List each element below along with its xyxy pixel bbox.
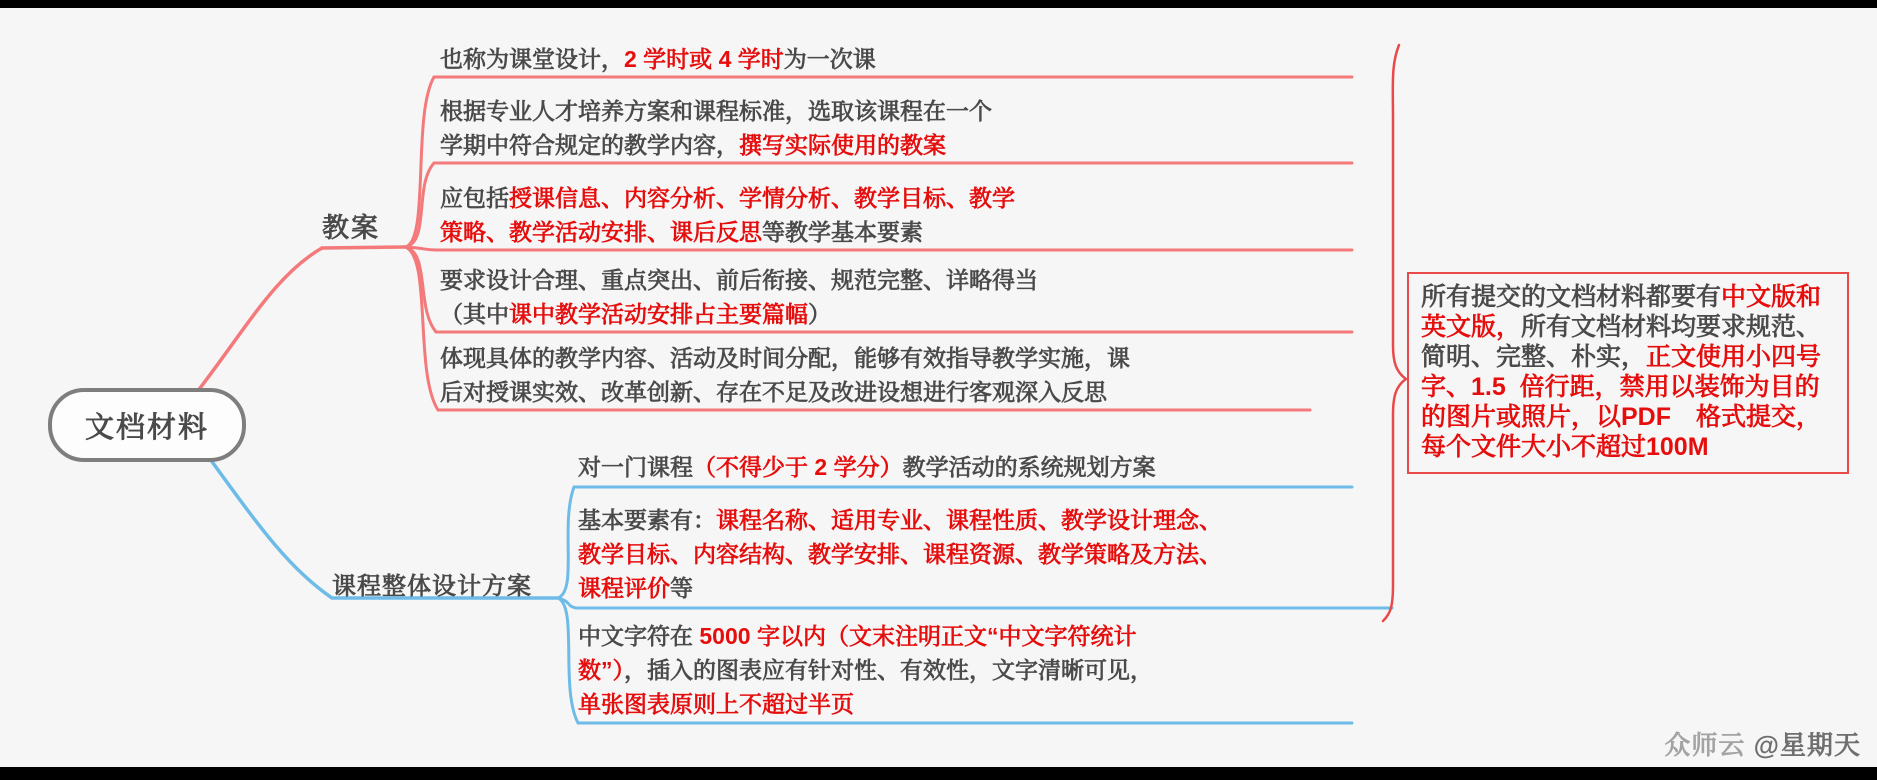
branch1-item-4[interactable]: 要求设计合理、重点突出、前后衔接、规范完整、详略得当（其中课中教学活动安排占主要…: [440, 263, 1038, 331]
topic-text-line: （其中课中教学活动安排占主要篇幅）: [440, 297, 1038, 331]
branch1-item-3[interactable]: 应包括授课信息、内容分析、学情分析、教学目标、教学策略、教学活动安排、课后反思等…: [440, 181, 1015, 249]
topic-text-line: 体现具体的教学内容、活动及时间分配，能够有效指导教学实施，课: [440, 341, 1130, 375]
watermark-brand: 众师云: [1664, 730, 1753, 760]
topic-text-line: 英文版，所有文档材料均要求规范、: [1421, 312, 1835, 342]
connector-root-branch1: [197, 248, 322, 392]
branch1-item-5[interactable]: 体现具体的教学内容、活动及时间分配，能够有效指导教学实施，课后对授课实效、改革创…: [440, 341, 1130, 409]
mindmap-canvas: 文档材料 教案 课程整体设计方案 也称为课堂设计，2 学时或 4 学时为一次课 …: [0, 0, 1877, 780]
letterbox-bottom: [0, 767, 1877, 780]
topic-text-line: 每个文件大小不超过100M: [1421, 432, 1835, 462]
topic-text-line: 基本要素有：课程名称、适用专业、课程性质、教学设计理念、: [578, 503, 1222, 537]
root-topic[interactable]: 文档材料: [48, 388, 246, 462]
topic-text-line: 后对授课实效、改革创新、存在不足及改进设想进行客观深入反思: [440, 375, 1130, 409]
topic-text-line: 也称为课堂设计，2 学时或 4 学时为一次课: [440, 42, 876, 76]
topic-text-line: 应包括授课信息、内容分析、学情分析、教学目标、教学: [440, 181, 1015, 215]
branch2-item-2[interactable]: 基本要素有：课程名称、适用专业、课程性质、教学设计理念、教学目标、内容结构、教学…: [578, 503, 1222, 605]
topic-text-line: 学期中符合规定的教学内容，撰写实际使用的教案: [440, 128, 992, 162]
topic-text-line: 策略、教学活动安排、课后反思等教学基本要素: [440, 215, 1015, 249]
summary-brace: [1383, 45, 1406, 621]
branch1-item-2[interactable]: 根据专业人才培养方案和课程标准，选取该课程在一个学期中符合规定的教学内容，撰写实…: [440, 94, 992, 162]
topic-text-line: 单张图表原则上不超过半页: [578, 687, 1153, 721]
note-box[interactable]: 所有提交的文档材料都要有中文版和英文版，所有文档材料均要求规范、简明、完整、朴实…: [1407, 272, 1849, 474]
topic-text-line: 中文字符在 5000 字以内（文末注明正文“中文字符统计: [578, 619, 1153, 653]
topic-text-line: 简明、完整、朴实，正文使用小四号: [1421, 342, 1835, 372]
branch2-topic[interactable]: 课程整体设计方案: [332, 566, 532, 601]
topic-text-line: 数”），插入的图表应有针对性、有效性，文字清晰可见，: [578, 653, 1153, 687]
topic-text-line: 所有提交的文档材料都要有中文版和: [1421, 282, 1835, 312]
branch1-topic-underline: [322, 247, 405, 248]
topic-text-line: 根据专业人才培养方案和课程标准，选取该课程在一个: [440, 94, 992, 128]
letterbox-top: [0, 0, 1877, 8]
branch1-item-1[interactable]: 也称为课堂设计，2 学时或 4 学时为一次课: [440, 42, 876, 76]
branch1-topic[interactable]: 教案: [322, 206, 380, 245]
watermark: 众师云 @星期天: [1664, 725, 1861, 762]
topic-text-line: 的图片或照片，以PDF 格式提交，: [1421, 402, 1835, 432]
topic-text-line: 教学目标、内容结构、教学安排、课程资源、教学策略及方法、: [578, 537, 1222, 571]
branch2-item-1[interactable]: 对一门课程（不得少于 2 学分）教学活动的系统规划方案: [578, 450, 1156, 484]
topic-text-line: 要求设计合理、重点突出、前后衔接、规范完整、详略得当: [440, 263, 1038, 297]
branch2-item-3[interactable]: 中文字符在 5000 字以内（文末注明正文“中文字符统计数”），插入的图表应有针…: [578, 619, 1153, 721]
topic-text-line: 对一门课程（不得少于 2 学分）教学活动的系统规划方案: [578, 450, 1156, 484]
topic-text-line: 课程评价等: [578, 571, 1222, 605]
topic-text-line: 字、1.5 倍行距，禁用以装饰为目的: [1421, 372, 1835, 402]
watermark-author: @星期天: [1754, 730, 1861, 760]
